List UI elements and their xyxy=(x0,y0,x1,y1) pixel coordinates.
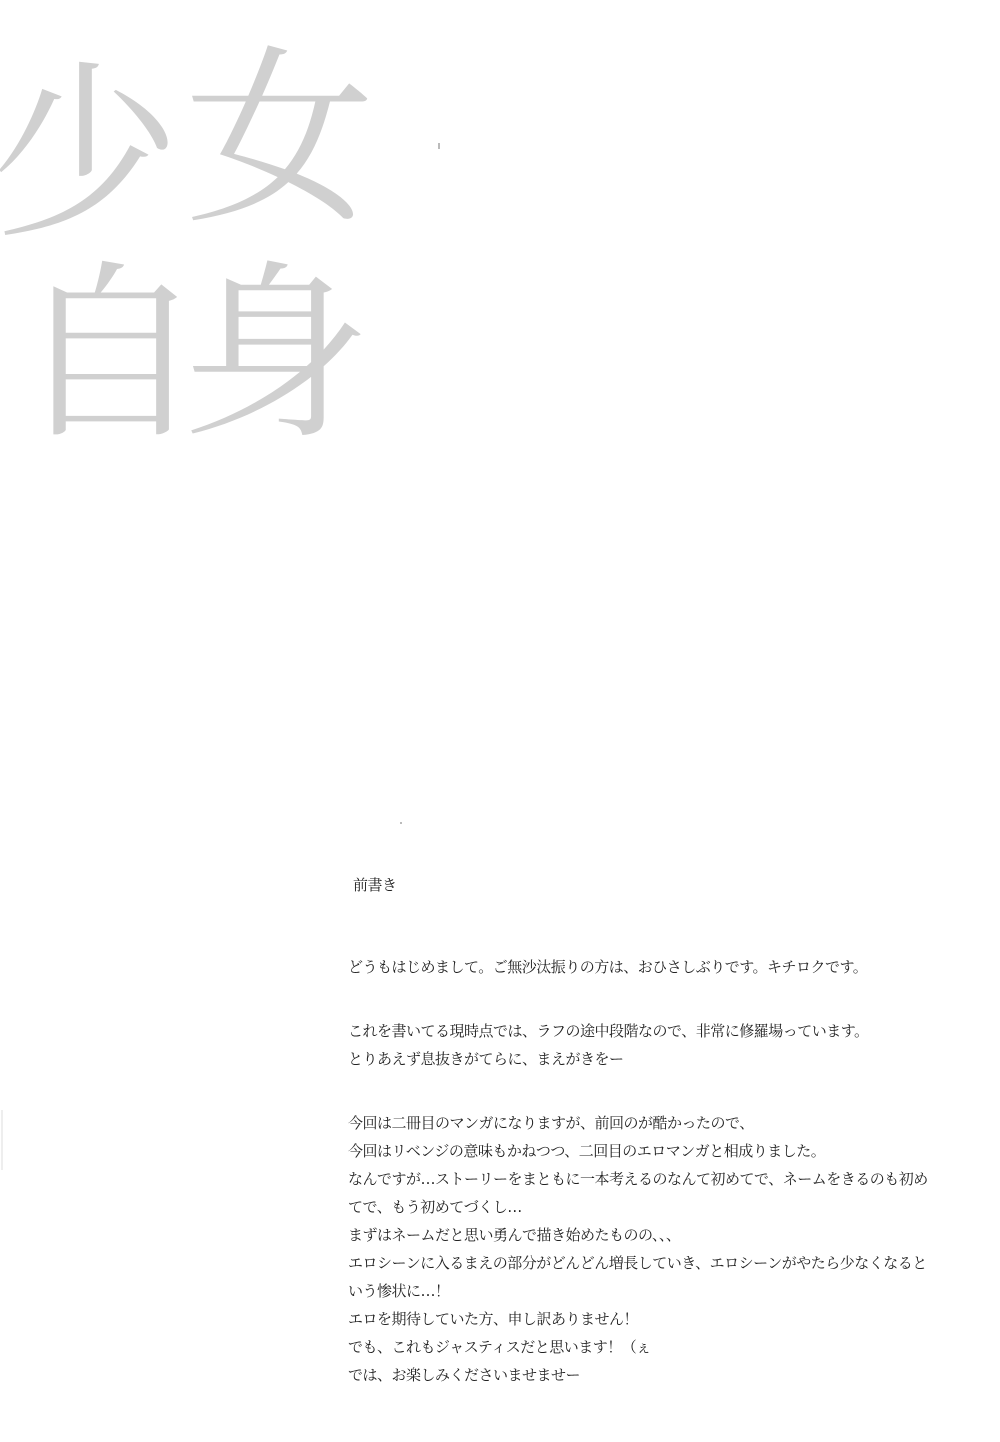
text-line: てで、もう初めてづくし… xyxy=(348,1193,978,1221)
paragraph-3: 今回は二冊目のマンガになりますが、前回のが酷かったので、 今回はリベンジの意味も… xyxy=(348,1109,978,1389)
scan-speck xyxy=(400,822,402,824)
paragraph-1: どうもはじめまして。ご無沙汰振りの方は、おひさしぶりです。キチロクです。 xyxy=(348,953,978,981)
text-line: これを書いてる現時点では、ラフの途中段階なので、非常に修羅場っています。 xyxy=(348,1017,978,1045)
text-line: では、お楽しみくださいませませー xyxy=(348,1361,978,1389)
scan-speck xyxy=(438,143,440,149)
title-char-4: 身 xyxy=(180,260,370,450)
text-line: 今回は二冊目のマンガになりますが、前回のが酷かったので、 xyxy=(348,1109,978,1137)
text-line: エロを期待していた方、申し訳ありません！ xyxy=(348,1305,978,1333)
title-char-1: 少 xyxy=(0,60,180,250)
text-line: とりあえず息抜きがてらに、まえがきをー xyxy=(348,1045,978,1073)
title-char-3: 自 xyxy=(15,260,205,450)
text-line: まずはネームだと思い勇んで描き始めたものの、、、 xyxy=(348,1221,978,1249)
text-line: 今回はリベンジの意味もかねつつ、二回目のエロマンガと相成りました。 xyxy=(348,1137,978,1165)
title-char-2: 女 xyxy=(185,45,375,235)
text-line: どうもはじめまして。ご無沙汰振りの方は、おひさしぶりです。キチロクです。 xyxy=(348,953,978,981)
foreword-heading: 前書き xyxy=(353,874,978,895)
page-edge-mark xyxy=(1,1110,3,1170)
text-line: エロシーンに入るまえの部分がどんどん増長していき、エロシーンがやたら少なくなると xyxy=(348,1249,978,1277)
text-line: なんですが…ストーリーをまともに一本考えるのなんて初めてで、ネームをきるのも初め xyxy=(348,1165,978,1193)
foreword-section: 前書き どうもはじめまして。ご無沙汰振りの方は、おひさしぶりです。キチロクです。… xyxy=(348,874,978,1425)
text-line: でも、これもジャスティスだと思います！（ぇ xyxy=(348,1333,978,1361)
paragraph-2: これを書いてる現時点では、ラフの途中段階なので、非常に修羅場っています。 とりあ… xyxy=(348,1017,978,1073)
text-line: いう惨状に…！ xyxy=(348,1277,978,1305)
title-block: 少 女 自 身 xyxy=(0,30,400,460)
